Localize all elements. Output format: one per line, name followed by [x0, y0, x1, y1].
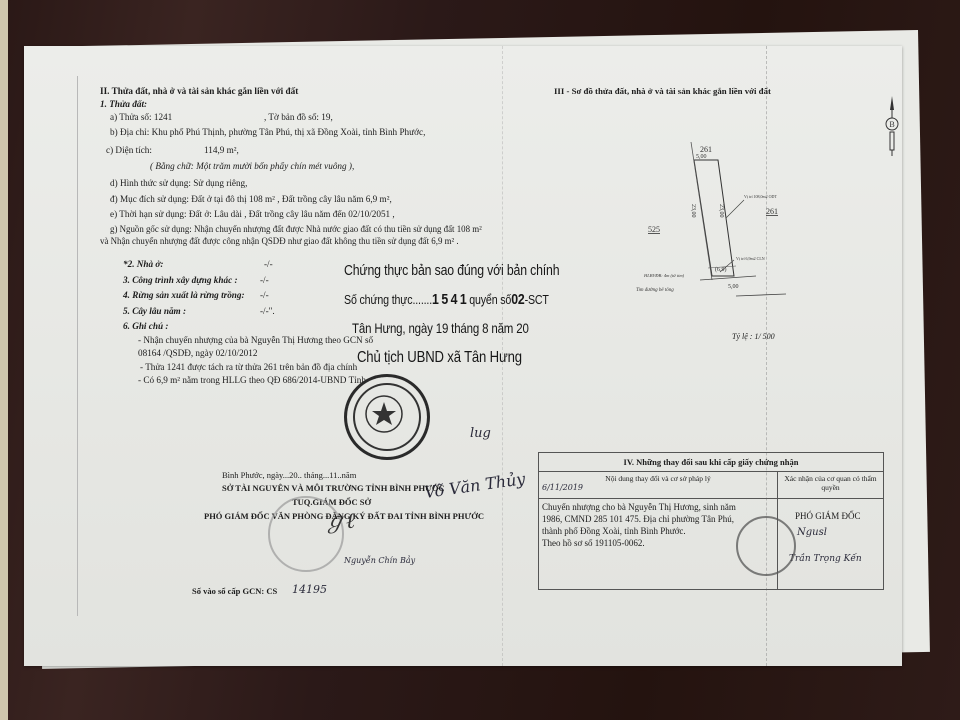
section3-title: III - Sơ đồ thửa đất, nhà ở và tài sản k… — [554, 86, 771, 97]
svg-text:Vị trí 6,9m2 CLN: Vị trí 6,9m2 CLN — [736, 256, 765, 262]
land-certificate-page: II. Thửa đất, nhà ở và tài sản khác gắn … — [24, 46, 902, 666]
land-origin-line2: và Nhận chuyển nhượng đất được công nhận… — [100, 236, 459, 247]
svg-text:(6,9): (6,9) — [715, 266, 727, 273]
initial-signature: lug — [470, 426, 491, 441]
confirm-signature: Ngusl — [797, 527, 880, 538]
svg-text:5,00: 5,00 — [728, 284, 739, 290]
use-term: e) Thời hạn sử dụng: Đất ở: Lâu dài , Đấ… — [110, 209, 395, 220]
svg-text:23,00: 23,00 — [690, 204, 696, 218]
item6-label: 6. Ghi chú : — [123, 321, 168, 332]
area-label: c) Diện tích: — [106, 145, 152, 156]
item2-label: *2. Nhà ở: — [123, 259, 163, 270]
section2-sub1-title: 1. Thửa đất: — [100, 99, 147, 110]
certification-book: 02 — [511, 291, 524, 308]
office-seal — [736, 516, 796, 576]
map-label-right-parcel: 261 — [766, 207, 778, 216]
confirm-title: PHÓ GIÁM ĐỐC — [795, 511, 880, 521]
certification-date: Tân Hưng, ngày 19 tháng 8 năm 20 — [352, 320, 529, 336]
department-signature: ℊℓ — [324, 504, 355, 535]
certification-number: 1541 — [432, 291, 469, 308]
department-signer-name: Nguyễn Chín Bảy — [344, 556, 415, 565]
svg-text:23,00: 23,00 — [718, 204, 724, 218]
map-label-left-parcel: 525 — [648, 225, 660, 234]
certification-title: Chứng thực bản sao đúng với bản chính — [344, 262, 559, 279]
map-scale: Tỷ lệ : 1/ 500 — [732, 332, 775, 342]
note-transfer: - Nhận chuyển nhượng của bà Nguyễn Thị H… — [138, 335, 373, 346]
certification-number-line: Số chứng thực.......1541quyển số02-SCT — [344, 291, 549, 308]
change-entry-date: 6/11/2019 — [542, 483, 774, 492]
north-arrow: B — [883, 96, 901, 156]
use-form: d) Hình thức sử dụng: Sử dụng riêng, — [110, 178, 247, 189]
svg-text:5,00: 5,00 — [696, 154, 707, 160]
changes-content-header: Nội dung thay đổi và cơ sở pháp lý 6/11/… — [539, 472, 778, 499]
note-split: - Thửa 1241 được tách ra từ thửa 261 trê… — [140, 362, 357, 373]
map-label-top-parcel: 261 — [700, 145, 712, 154]
note-transfer-ref: 08164 /QSDĐ, ngày 02/10/2012 — [138, 348, 257, 359]
parcel-address: b) Địa chỉ: Khu phố Phú Thịnh, phường Tâ… — [110, 127, 425, 138]
issuing-department: SỞ TÀI NGUYÊN VÀ MÔI TRƯỜNG TỈNH BÌNH PH… — [222, 483, 445, 493]
svg-text:HLBVĐB: 4m (từ tim): HLBVĐB: 4m (từ tim) — [643, 273, 685, 278]
certification-number-label: Số chứng thực — [344, 292, 412, 307]
commune-seal — [344, 374, 430, 460]
item3-value: -/- — [260, 275, 269, 286]
margin-line — [77, 76, 78, 616]
place-date: Bình Phước, ngày...20.. tháng...11..năm — [222, 470, 356, 480]
item5-label: 5. Cây lâu năm : — [123, 306, 186, 317]
item5-value: -/-". — [260, 306, 275, 317]
confirm-signer-name: Trần Trọng Kến — [789, 554, 880, 564]
register-label: Số vào sổ cấp GCN: CS — [192, 586, 277, 596]
map-sheet-number: , Tờ bản đồ số: 19, — [264, 112, 333, 123]
parcel-sketch-map: 261 5,00 261 525 23,00 23,00 (6,9) 5,00 … — [616, 142, 836, 362]
item2-value: -/- — [264, 259, 273, 270]
note-hllg: - Có 6,9 m² nằm trong HLLG theo QĐ 686/2… — [138, 375, 366, 386]
svg-text:B: B — [889, 120, 894, 129]
item4-value: -/- — [260, 290, 269, 301]
certification-book-label: quyển số — [469, 292, 511, 307]
item4-label: 4. Rừng sản xuất là rừng trồng: — [123, 290, 245, 301]
area-value: 114,9 m², — [204, 145, 239, 156]
section4-title: IV. Những thay đổi sau khi cấp giấy chứn… — [539, 453, 884, 472]
background-edge — [0, 0, 8, 720]
north-arrow-icon: B — [883, 96, 901, 156]
changes-table: IV. Những thay đổi sau khi cấp giấy chứn… — [538, 452, 884, 590]
section2-title: II. Thửa đất, nhà ở và tài sản khác gắn … — [100, 86, 298, 97]
land-origin-line1: g) Nguồn gốc sử dụng: Nhận chuyển nhượng… — [110, 224, 482, 235]
area-in-words: ( Bằng chữ: Một trăm mười bốn phẩy chín … — [150, 161, 354, 172]
use-purpose: đ) Mục đích sử dụng: Đất ở tại đô thị 10… — [110, 194, 392, 205]
item3-label: 3. Công trình xây dựng khác : — [123, 275, 238, 286]
parcel-number: a) Thửa số: 1241 — [110, 112, 172, 123]
register-number: 14195 — [292, 583, 327, 596]
svg-text:Tim đường bê tông: Tim đường bê tông — [636, 288, 674, 293]
svg-text:Vị trí 108,0m2 ODT: Vị trí 108,0m2 ODT — [744, 194, 777, 200]
changes-confirm-header: Xác nhận của cơ quan có thẩm quyền — [778, 472, 884, 499]
certification-authority: Chủ tịch UBND xã Tân Hưng — [357, 349, 522, 367]
